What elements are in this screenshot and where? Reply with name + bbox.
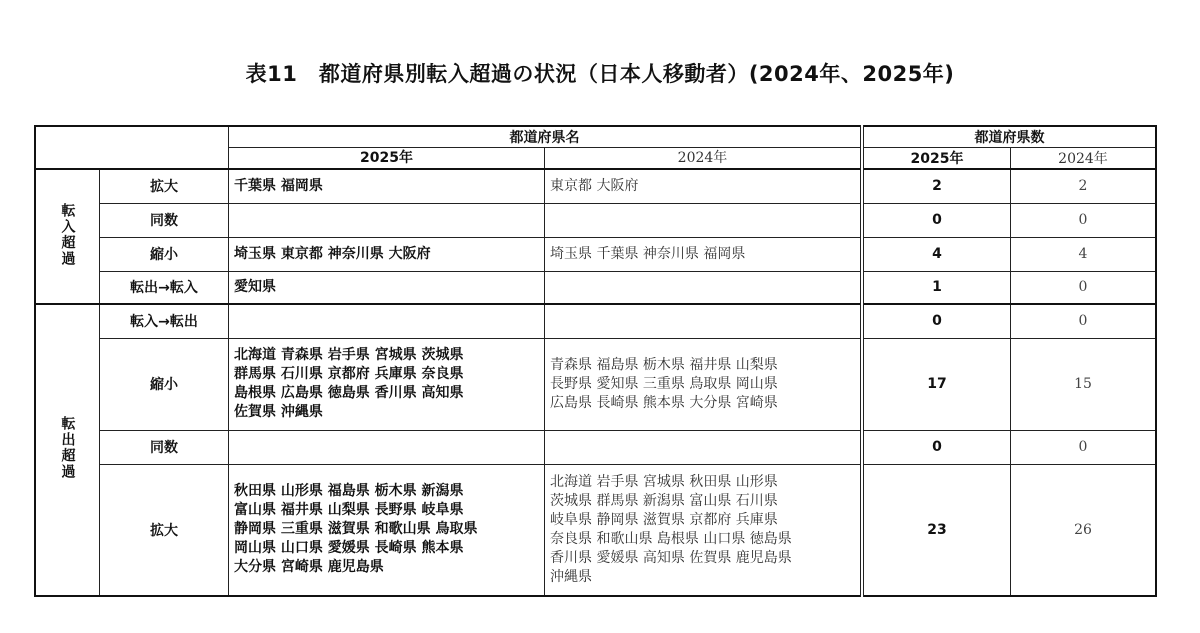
table-title: 表11 都道府県別転入超過の状況（日本人移動者）(2024年、2025年) <box>0 58 1200 88</box>
header-names-2024: 2024年 <box>545 148 863 170</box>
names-2024 <box>545 271 863 304</box>
names-2024: 東京都 大阪府 <box>545 169 863 203</box>
names-2025: 愛知県 <box>229 271 545 304</box>
table-row: 転出→転入 愛知県 1 0 <box>35 271 1156 304</box>
count-2025: 1 <box>862 271 1011 304</box>
names-2025: 北海道 青森県 岩手県 宮城県 茨城県 群馬県 石川県 京都府 兵庫県 奈良県 … <box>229 338 545 430</box>
names-2025: 千葉県 福岡県 <box>229 169 545 203</box>
header-names-group: 都道府県名 <box>229 126 863 148</box>
table-row: 転入超過 拡大 千葉県 福岡県 東京都 大阪府 2 2 <box>35 169 1156 203</box>
header-count-2025: 2025年 <box>862 148 1011 170</box>
row-category: 転入→転出 <box>100 304 229 338</box>
table-row: 拡大 秋田県 山形県 福島県 栃木県 新潟県 富山県 福井県 山梨県 長野県 岐… <box>35 464 1156 596</box>
row-category: 拡大 <box>100 464 229 596</box>
table-row: 転出超過 転入→転出 0 0 <box>35 304 1156 338</box>
table-row: 縮小 埼玉県 東京都 神奈川県 大阪府 埼玉県 千葉県 神奈川県 福岡県 4 4 <box>35 237 1156 271</box>
header-corner <box>35 126 229 169</box>
row-category: 拡大 <box>100 169 229 203</box>
names-2025 <box>229 430 545 464</box>
names-2025: 秋田県 山形県 福島県 栃木県 新潟県 富山県 福井県 山梨県 長野県 岐阜県 … <box>229 464 545 596</box>
count-2024: 15 <box>1011 338 1157 430</box>
table-row: 同数 0 0 <box>35 203 1156 237</box>
names-2024: 北海道 岩手県 宮城県 秋田県 山形県 茨城県 群馬県 新潟県 富山県 石川県 … <box>545 464 863 596</box>
names-2024 <box>545 430 863 464</box>
count-2025: 0 <box>862 430 1011 464</box>
count-2025: 2 <box>862 169 1011 203</box>
header-names-2025: 2025年 <box>229 148 545 170</box>
count-2025: 23 <box>862 464 1011 596</box>
group-label-net-inflow: 転入超過 <box>35 169 100 304</box>
row-category: 縮小 <box>100 237 229 271</box>
count-2024: 4 <box>1011 237 1157 271</box>
names-2024 <box>545 304 863 338</box>
migration-table-container: 都道府県名 都道府県数 2025年 2024年 2025年 2024年 転入超過… <box>34 125 1157 597</box>
migration-table: 都道府県名 都道府県数 2025年 2024年 2025年 2024年 転入超過… <box>34 125 1157 597</box>
names-2024 <box>545 203 863 237</box>
names-2024: 青森県 福島県 栃木県 福井県 山梨県 長野県 愛知県 三重県 鳥取県 岡山県 … <box>545 338 863 430</box>
count-2024: 26 <box>1011 464 1157 596</box>
table-row: 同数 0 0 <box>35 430 1156 464</box>
count-2025: 0 <box>862 304 1011 338</box>
header-counts-group: 都道府県数 <box>862 126 1156 148</box>
table-row: 縮小 北海道 青森県 岩手県 宮城県 茨城県 群馬県 石川県 京都府 兵庫県 奈… <box>35 338 1156 430</box>
names-2024: 埼玉県 千葉県 神奈川県 福岡県 <box>545 237 863 271</box>
names-2025 <box>229 203 545 237</box>
count-2025: 0 <box>862 203 1011 237</box>
names-2025: 埼玉県 東京都 神奈川県 大阪府 <box>229 237 545 271</box>
row-category: 縮小 <box>100 338 229 430</box>
group-label-net-outflow: 転出超過 <box>35 304 100 596</box>
count-2024: 2 <box>1011 169 1157 203</box>
names-2025 <box>229 304 545 338</box>
row-category: 転出→転入 <box>100 271 229 304</box>
count-2025: 4 <box>862 237 1011 271</box>
row-category: 同数 <box>100 203 229 237</box>
count-2025: 17 <box>862 338 1011 430</box>
count-2024: 0 <box>1011 271 1157 304</box>
count-2024: 0 <box>1011 304 1157 338</box>
count-2024: 0 <box>1011 203 1157 237</box>
header-count-2024: 2024年 <box>1011 148 1157 170</box>
row-category: 同数 <box>100 430 229 464</box>
count-2024: 0 <box>1011 430 1157 464</box>
